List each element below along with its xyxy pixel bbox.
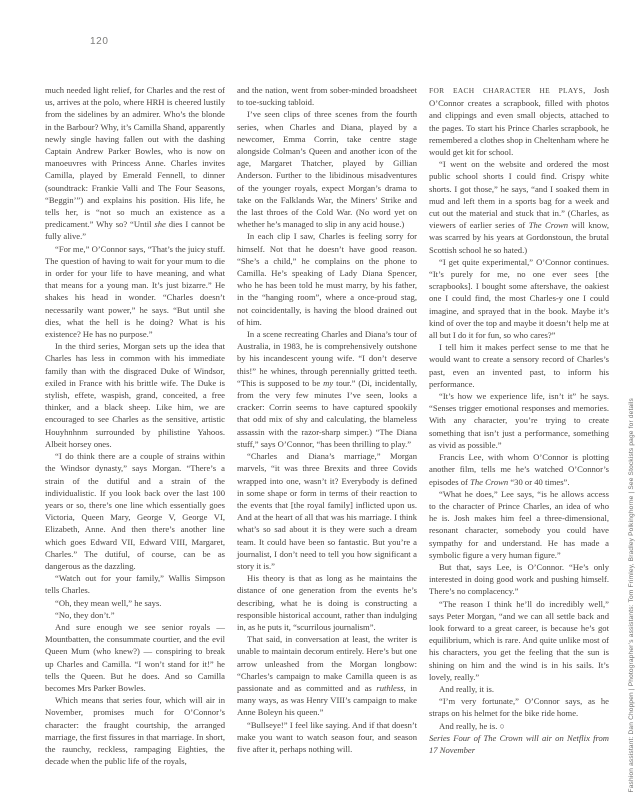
text-run: “I do think there are a couple of strain…	[45, 451, 225, 571]
italic-text-run: The Crown	[470, 477, 508, 487]
text-run: “I’m very fortunate,” O’Connor says, as …	[429, 696, 609, 718]
text-run: And really, it is.	[439, 684, 494, 694]
page-number: 120	[90, 36, 109, 47]
italic-text-run: my	[323, 378, 333, 388]
text-run: “No, they don’t.”	[55, 610, 115, 620]
text-run: “I get quite experimental,” O’Connor con…	[429, 257, 609, 340]
small-caps-lead: For each character he plays	[429, 86, 583, 95]
text-run: “Watch out for your family,” Wallis Simp…	[45, 573, 225, 595]
paragraph: In a scene recreating Charles and Diana’…	[237, 328, 417, 450]
paragraph: “I do think there are a couple of strain…	[45, 450, 225, 572]
paragraph: “Bullseye!” I feel like saying. And if t…	[237, 719, 417, 756]
text-run: In each clip I saw, Charles is feeling s…	[237, 231, 417, 326]
italic-text-run: The Crown	[529, 220, 568, 230]
paragraph: much needed light relief, for Charles an…	[45, 84, 225, 243]
paragraph: That said, in conversation at least, the…	[237, 633, 417, 718]
text-run: “It’s how we experience life, isn’t it” …	[429, 391, 609, 450]
paragraph: Series Four of The Crown will air on Net…	[429, 732, 609, 756]
text-run: much needed light relief, for Charles an…	[45, 85, 225, 229]
paragraph: “Watch out for your family,” Wallis Simp…	[45, 572, 225, 596]
text-run: “30 or 40 times”.	[508, 477, 569, 487]
photo-credits-vertical: Fashion assistant: Dan Choppen | Photogr…	[628, 398, 635, 792]
article-column-1: much needed light relief, for Charles an…	[45, 84, 225, 792]
text-run: “For me,” O’Connor says, “That’s the jui…	[45, 244, 225, 339]
text-run: “What he does,” Lee says, “is he allows …	[429, 489, 609, 560]
text-run: But that, says Lee, is O’Connor. “He’s o…	[429, 562, 609, 596]
text-run: And sure enough we see senior royals — M…	[45, 622, 225, 693]
text-run: , Josh O’Connor creates a scrapbook, fil…	[429, 85, 609, 157]
text-run: tour.” (Di, incidentally, from the very …	[237, 378, 417, 449]
paragraph: But that, says Lee, is O’Connor. “He’s o…	[429, 561, 609, 598]
paragraph: “I get quite experimental,” O’Connor con…	[429, 256, 609, 341]
paragraph: “I’m very fortunate,” O’Connor says, as …	[429, 695, 609, 719]
paragraph: “No, they don’t.”	[45, 609, 225, 621]
text-run: Which means that series four, which will…	[45, 695, 225, 766]
text-run: “Bullseye!” I feel like saying. And if t…	[237, 720, 417, 754]
text-run: And really, he is. ○	[439, 721, 505, 731]
paragraph: “The reason I think he’ll do incredibly …	[429, 598, 609, 683]
magazine-page: { "page": { "number": "120" }, "article"…	[0, 0, 642, 800]
article-column-2: and the nation, went from sober-minded b…	[237, 84, 417, 792]
paragraph: “Oh, they mean well,” he says.	[45, 597, 225, 609]
text-run: In the third series, Morgan sets up the …	[45, 341, 225, 449]
paragraph: And really, he is. ○	[429, 720, 609, 732]
paragraph: And sure enough we see senior royals — M…	[45, 621, 225, 694]
article-column-3: For each character he plays, Josh O’Conn…	[429, 84, 609, 792]
text-run: I tell him it makes perfect sense to me …	[429, 342, 609, 389]
text-run: and the nation, went from sober-minded b…	[237, 85, 417, 107]
paragraph: Francis Lee, with whom O’Connor is plott…	[429, 451, 609, 488]
paragraph: “What he does,” Lee says, “is he allows …	[429, 488, 609, 561]
paragraph: And really, it is.	[429, 683, 609, 695]
text-run: I’ve seen clips of three scenes from the…	[237, 109, 417, 229]
paragraph: and the nation, went from sober-minded b…	[237, 84, 417, 108]
paragraph: I tell him it makes perfect sense to me …	[429, 341, 609, 390]
paragraph: For each character he plays, Josh O’Conn…	[429, 84, 609, 158]
paragraph: “Charles and Diana’s marriage,” Morgan m…	[237, 450, 417, 572]
text-run: “The reason I think he’ll do incredibly …	[429, 599, 609, 682]
paragraph: “I went on the website and ordered the m…	[429, 158, 609, 256]
paragraph: Which means that series four, which will…	[45, 694, 225, 767]
paragraph: I’ve seen clips of three scenes from the…	[237, 108, 417, 230]
italic-text-run: ruthless	[376, 683, 403, 693]
italic-text-run: she	[154, 219, 165, 229]
text-run: Series Four of The Crown will air on Net…	[429, 733, 609, 755]
paragraph: “For me,” O’Connor says, “That’s the jui…	[45, 243, 225, 341]
text-run: “Oh, they mean well,” he says.	[55, 598, 161, 608]
paragraph: In each clip I saw, Charles is feeling s…	[237, 230, 417, 328]
text-run: His theory is that as long as he maintai…	[237, 573, 417, 632]
paragraph: His theory is that as long as he maintai…	[237, 572, 417, 633]
paragraph: “It’s how we experience life, isn’t it” …	[429, 390, 609, 451]
paragraph: In the third series, Morgan sets up the …	[45, 340, 225, 450]
article-body: much needed light relief, for Charles an…	[45, 84, 609, 792]
text-run: “Charles and Diana’s marriage,” Morgan m…	[237, 451, 417, 571]
